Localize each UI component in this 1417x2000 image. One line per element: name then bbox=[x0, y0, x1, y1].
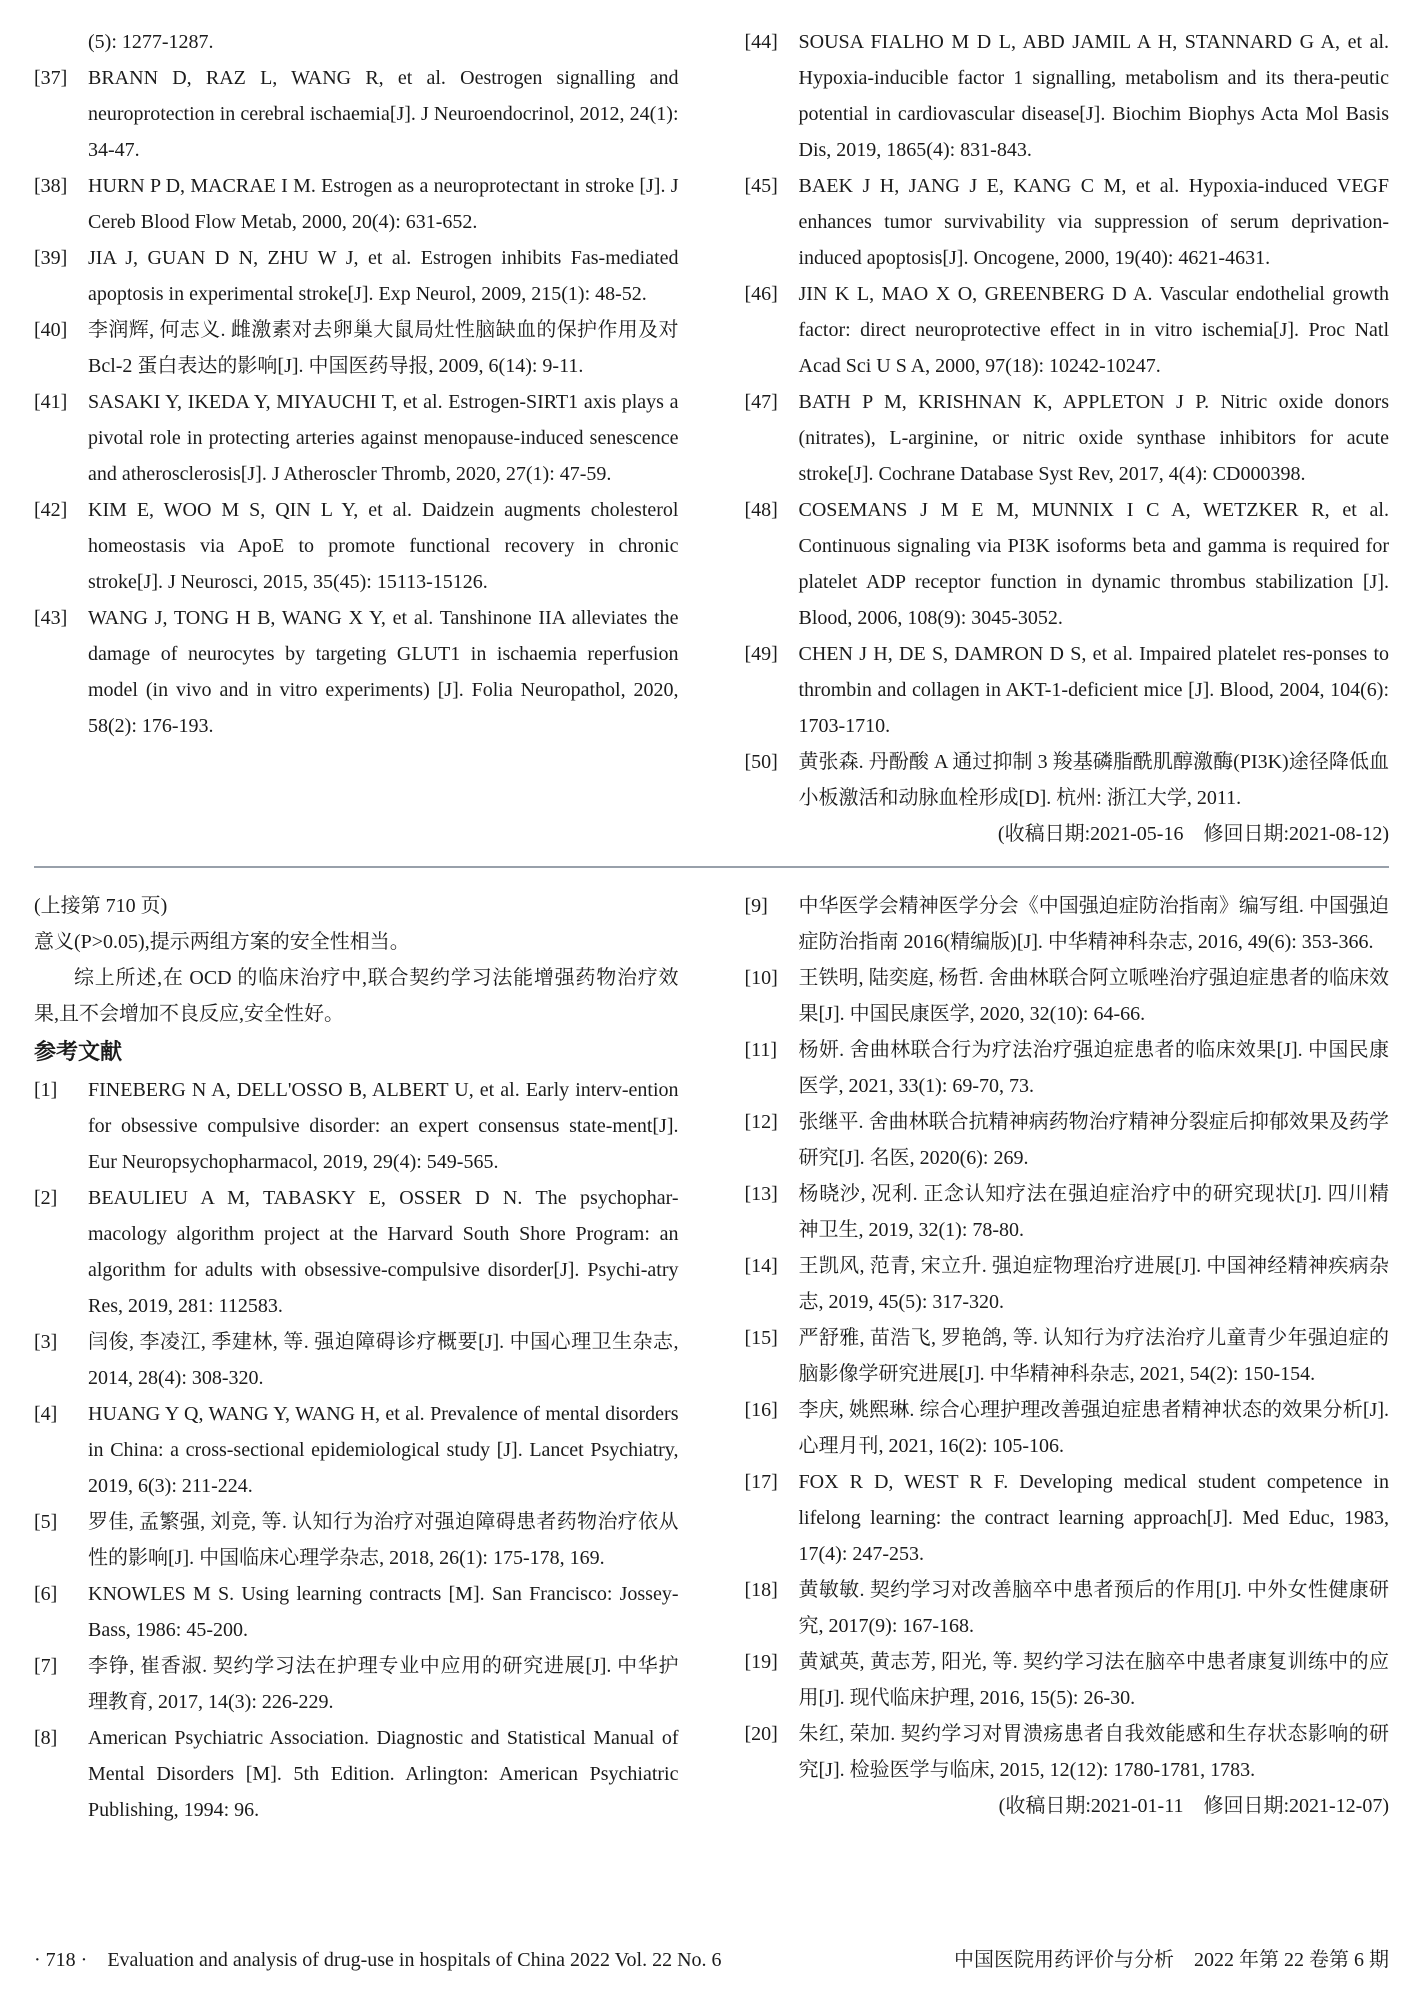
reference-text: COSEMANS J M E M, MUNNIX I C A, WETZKER … bbox=[799, 492, 1390, 636]
reference-item: [41] SASAKI Y, IKEDA Y, MIYAUCHI T, et a… bbox=[34, 384, 679, 492]
reference-text: 李庆, 姚熙琳. 综合心理护理改善强迫症患者精神状态的效果分析[J]. 心理月刊… bbox=[799, 1392, 1390, 1464]
reference-number: [19] bbox=[745, 1644, 799, 1716]
reference-text: WANG J, TONG H B, WANG X Y, et al. Tansh… bbox=[88, 600, 679, 744]
reference-text: BATH P M, KRISHNAN K, APPLETON J P. Nitr… bbox=[799, 384, 1390, 492]
reference-item: [44] SOUSA FIALHO M D L, ABD JAMIL A H, … bbox=[745, 24, 1390, 168]
reference-item: [9] 中华医学会精神医学分会《中国强迫症防治指南》编写组. 中国强迫症防治指南… bbox=[745, 888, 1390, 960]
reference-text: SOUSA FIALHO M D L, ABD JAMIL A H, STANN… bbox=[799, 24, 1390, 168]
top-left-column: (5): 1277-1287. [37] BRANN D, RAZ L, WAN… bbox=[34, 24, 679, 852]
conclusion-paragraph-2: 综上所述,在 OCD 的临床治疗中,联合契约学习法能增强药物治疗效果,且不会增加… bbox=[34, 960, 679, 1032]
reference-text: HURN P D, MACRAE I M. Estrogen as a neur… bbox=[88, 168, 679, 240]
footer-page-number-journal-en: · 718 · Evaluation and analysis of drug-… bbox=[34, 1942, 722, 1978]
reference-item: [6] KNOWLES M S. Using learning contract… bbox=[34, 1576, 679, 1648]
reference-item: [13] 杨晓沙, 况利. 正念认知疗法在强迫症治疗中的研究现状[J]. 四川精… bbox=[745, 1176, 1390, 1248]
reference-text: CHEN J H, DE S, DAMRON D S, et al. Impai… bbox=[799, 636, 1390, 744]
reference-item: [10] 王铁明, 陆奕庭, 杨哲. 舍曲林联合阿立哌唑治疗强迫症患者的临床效果… bbox=[745, 960, 1390, 1032]
reference-text: 张继平. 舍曲林联合抗精神病药物治疗精神分裂症后抑郁效果及药学研究[J]. 名医… bbox=[799, 1104, 1390, 1176]
reference-number: [9] bbox=[745, 888, 799, 960]
reference-item: [11] 杨妍. 舍曲林联合行为疗法治疗强迫症患者的临床效果[J]. 中国民康医… bbox=[745, 1032, 1390, 1104]
page-footer: · 718 · Evaluation and analysis of drug-… bbox=[34, 1942, 1389, 1978]
reference-item: [17] FOX R D, WEST R F. Developing medic… bbox=[745, 1464, 1390, 1572]
received-revised-date-note: (收稿日期:2021-05-16 修回日期:2021-08-12) bbox=[745, 816, 1390, 852]
top-right-reference-list: [44] SOUSA FIALHO M D L, ABD JAMIL A H, … bbox=[745, 24, 1390, 816]
reference-text: 罗佳, 孟繁强, 刘竞, 等. 认知行为治疗对强迫障碍患者药物治疗依从性的影响[… bbox=[88, 1504, 679, 1576]
section-divider bbox=[34, 866, 1389, 868]
reference-item: [19] 黄斌英, 黄志芳, 阳光, 等. 契约学习法在脑卒中患者康复训练中的应… bbox=[745, 1644, 1390, 1716]
reference-text: 王凯风, 范青, 宋立升. 强迫症物理治疗进展[J]. 中国神经精神疾病杂志, … bbox=[799, 1248, 1390, 1320]
reference-number: [43] bbox=[34, 600, 88, 744]
reference-item: [42] KIM E, WOO M S, QIN L Y, et al. Dai… bbox=[34, 492, 679, 600]
reference-text: BAEK J H, JANG J E, KANG C M, et al. Hyp… bbox=[799, 168, 1390, 276]
reference-number: [12] bbox=[745, 1104, 799, 1176]
reference-number: [44] bbox=[745, 24, 799, 168]
reference-text: SASAKI Y, IKEDA Y, MIYAUCHI T, et al. Es… bbox=[88, 384, 679, 492]
reference-text: American Psychiatric Association. Diagno… bbox=[88, 1720, 679, 1828]
received-revised-date-note: (收稿日期:2021-01-11 修回日期:2021-12-07) bbox=[745, 1788, 1390, 1824]
top-references-section: (5): 1277-1287. [37] BRANN D, RAZ L, WAN… bbox=[34, 24, 1389, 852]
reference-item: [7] 李铮, 崔香淑. 契约学习法在护理专业中应用的研究进展[J]. 中华护理… bbox=[34, 1648, 679, 1720]
reference-text: 严舒雅, 苗浩飞, 罗艳鸽, 等. 认知行为疗法治疗儿童青少年强迫症的脑影像学研… bbox=[799, 1320, 1390, 1392]
reference-number: [7] bbox=[34, 1648, 88, 1720]
reference-text: JIA J, GUAN D N, ZHU W J, et al. Estroge… bbox=[88, 240, 679, 312]
reference-number: [50] bbox=[745, 744, 799, 816]
reference-text: FINEBERG N A, DELL'OSSO B, ALBERT U, et … bbox=[88, 1072, 679, 1180]
reference-number: [20] bbox=[745, 1716, 799, 1788]
reference-item: [49] CHEN J H, DE S, DAMRON D S, et al. … bbox=[745, 636, 1390, 744]
reference-item: [48] COSEMANS J M E M, MUNNIX I C A, WET… bbox=[745, 492, 1390, 636]
reference-item: [1] FINEBERG N A, DELL'OSSO B, ALBERT U,… bbox=[34, 1072, 679, 1180]
reference-item: [50] 黄张森. 丹酚酸 A 通过抑制 3 羧基磷脂酰肌醇激酶(PI3K)途径… bbox=[745, 744, 1390, 816]
reference-item: (5): 1277-1287. bbox=[34, 24, 679, 60]
reference-number: [3] bbox=[34, 1324, 88, 1396]
reference-number: [16] bbox=[745, 1392, 799, 1464]
bottom-right-reference-list: [9] 中华医学会精神医学分会《中国强迫症防治指南》编写组. 中国强迫症防治指南… bbox=[745, 888, 1390, 1788]
reference-number: [8] bbox=[34, 1720, 88, 1828]
reference-number: [2] bbox=[34, 1180, 88, 1324]
reference-number: [39] bbox=[34, 240, 88, 312]
reference-text: (5): 1277-1287. bbox=[88, 24, 679, 60]
reference-number: [4] bbox=[34, 1396, 88, 1504]
reference-text: 李铮, 崔香淑. 契约学习法在护理专业中应用的研究进展[J]. 中华护理教育, … bbox=[88, 1648, 679, 1720]
bottom-left-column: (上接第 710 页) 意义(P>0.05),提示两组方案的安全性相当。 综上所… bbox=[34, 888, 679, 1828]
reference-number: [6] bbox=[34, 1576, 88, 1648]
reference-text: 李润辉, 何志义. 雌激素对去卵巢大鼠局灶性脑缺血的保护作用及对 Bcl-2 蛋… bbox=[88, 312, 679, 384]
reference-number: [5] bbox=[34, 1504, 88, 1576]
reference-text: BRANN D, RAZ L, WANG R, et al. Oestrogen… bbox=[88, 60, 679, 168]
continued-from-page-note: (上接第 710 页) bbox=[34, 888, 679, 924]
reference-item: [4] HUANG Y Q, WANG Y, WANG H, et al. Pr… bbox=[34, 1396, 679, 1504]
reference-number: [47] bbox=[745, 384, 799, 492]
reference-item: [2] BEAULIEU A M, TABASKY E, OSSER D N. … bbox=[34, 1180, 679, 1324]
reference-number bbox=[34, 24, 88, 60]
reference-item: [3] 闫俊, 李凌江, 季建林, 等. 强迫障碍诊疗概要[J]. 中国心理卫生… bbox=[34, 1324, 679, 1396]
reference-item: [43] WANG J, TONG H B, WANG X Y, et al. … bbox=[34, 600, 679, 744]
references-heading: 参考文献 bbox=[34, 1032, 679, 1072]
reference-item: [8] American Psychiatric Association. Di… bbox=[34, 1720, 679, 1828]
reference-number: [40] bbox=[34, 312, 88, 384]
reference-item: [45] BAEK J H, JANG J E, KANG C M, et al… bbox=[745, 168, 1390, 276]
reference-number: [18] bbox=[745, 1572, 799, 1644]
reference-number: [14] bbox=[745, 1248, 799, 1320]
reference-number: [15] bbox=[745, 1320, 799, 1392]
reference-text: 杨晓沙, 况利. 正念认知疗法在强迫症治疗中的研究现状[J]. 四川精神卫生, … bbox=[799, 1176, 1390, 1248]
reference-text: 杨妍. 舍曲林联合行为疗法治疗强迫症患者的临床效果[J]. 中国民康医学, 20… bbox=[799, 1032, 1390, 1104]
reference-text: KNOWLES M S. Using learning contracts [M… bbox=[88, 1576, 679, 1648]
reference-number: [41] bbox=[34, 384, 88, 492]
reference-item: [14] 王凯风, 范青, 宋立升. 强迫症物理治疗进展[J]. 中国神经精神疾… bbox=[745, 1248, 1390, 1320]
reference-number: [10] bbox=[745, 960, 799, 1032]
reference-number: [42] bbox=[34, 492, 88, 600]
continued-article-section: (上接第 710 页) 意义(P>0.05),提示两组方案的安全性相当。 综上所… bbox=[34, 888, 1389, 1828]
reference-text: FOX R D, WEST R F. Developing medical st… bbox=[799, 1464, 1390, 1572]
reference-text: KIM E, WOO M S, QIN L Y, et al. Daidzein… bbox=[88, 492, 679, 600]
reference-text: HUANG Y Q, WANG Y, WANG H, et al. Preval… bbox=[88, 1396, 679, 1504]
top-right-column: [44] SOUSA FIALHO M D L, ABD JAMIL A H, … bbox=[745, 24, 1390, 852]
bottom-right-column: [9] 中华医学会精神医学分会《中国强迫症防治指南》编写组. 中国强迫症防治指南… bbox=[745, 888, 1390, 1828]
reference-number: [46] bbox=[745, 276, 799, 384]
reference-number: [17] bbox=[745, 1464, 799, 1572]
conclusion-paragraph-1: 意义(P>0.05),提示两组方案的安全性相当。 bbox=[34, 924, 679, 960]
footer-journal-cn: 中国医院用药评价与分析 2022 年第 22 卷第 6 期 bbox=[954, 1942, 1389, 1978]
reference-text: 朱红, 荣加. 契约学习对胃溃疡患者自我效能感和生存状态影响的研究[J]. 检验… bbox=[799, 1716, 1390, 1788]
reference-text: BEAULIEU A M, TABASKY E, OSSER D N. The … bbox=[88, 1180, 679, 1324]
reference-number: [45] bbox=[745, 168, 799, 276]
reference-text: 黄敏敏. 契约学习对改善脑卒中患者预后的作用[J]. 中外女性健康研究, 201… bbox=[799, 1572, 1390, 1644]
reference-item: [39] JIA J, GUAN D N, ZHU W J, et al. Es… bbox=[34, 240, 679, 312]
reference-number: [1] bbox=[34, 1072, 88, 1180]
reference-number: [37] bbox=[34, 60, 88, 168]
reference-text: 黄斌英, 黄志芳, 阳光, 等. 契约学习法在脑卒中患者康复训练中的应用[J].… bbox=[799, 1644, 1390, 1716]
journal-page: (5): 1277-1287. [37] BRANN D, RAZ L, WAN… bbox=[0, 0, 1417, 2000]
reference-item: [16] 李庆, 姚熙琳. 综合心理护理改善强迫症患者精神状态的效果分析[J].… bbox=[745, 1392, 1390, 1464]
reference-text: 黄张森. 丹酚酸 A 通过抑制 3 羧基磷脂酰肌醇激酶(PI3K)途径降低血小板… bbox=[799, 744, 1390, 816]
reference-item: [15] 严舒雅, 苗浩飞, 罗艳鸽, 等. 认知行为疗法治疗儿童青少年强迫症的… bbox=[745, 1320, 1390, 1392]
reference-item: [40] 李润辉, 何志义. 雌激素对去卵巢大鼠局灶性脑缺血的保护作用及对 Bc… bbox=[34, 312, 679, 384]
reference-item: [20] 朱红, 荣加. 契约学习对胃溃疡患者自我效能感和生存状态影响的研究[J… bbox=[745, 1716, 1390, 1788]
reference-item: [47] BATH P M, KRISHNAN K, APPLETON J P.… bbox=[745, 384, 1390, 492]
reference-text: 王铁明, 陆奕庭, 杨哲. 舍曲林联合阿立哌唑治疗强迫症患者的临床效果[J]. … bbox=[799, 960, 1390, 1032]
reference-text: JIN K L, MAO X O, GREENBERG D A. Vascula… bbox=[799, 276, 1390, 384]
reference-item: [38] HURN P D, MACRAE I M. Estrogen as a… bbox=[34, 168, 679, 240]
reference-item: [12] 张继平. 舍曲林联合抗精神病药物治疗精神分裂症后抑郁效果及药学研究[J… bbox=[745, 1104, 1390, 1176]
reference-number: [38] bbox=[34, 168, 88, 240]
reference-item: [46] JIN K L, MAO X O, GREENBERG D A. Va… bbox=[745, 276, 1390, 384]
reference-text: 中华医学会精神医学分会《中国强迫症防治指南》编写组. 中国强迫症防治指南 201… bbox=[799, 888, 1390, 960]
reference-item: [5] 罗佳, 孟繁强, 刘竞, 等. 认知行为治疗对强迫障碍患者药物治疗依从性… bbox=[34, 1504, 679, 1576]
reference-item: [37] BRANN D, RAZ L, WANG R, et al. Oest… bbox=[34, 60, 679, 168]
reference-text: 闫俊, 李凌江, 季建林, 等. 强迫障碍诊疗概要[J]. 中国心理卫生杂志, … bbox=[88, 1324, 679, 1396]
reference-number: [13] bbox=[745, 1176, 799, 1248]
reference-number: [11] bbox=[745, 1032, 799, 1104]
reference-item: [18] 黄敏敏. 契约学习对改善脑卒中患者预后的作用[J]. 中外女性健康研究… bbox=[745, 1572, 1390, 1644]
reference-number: [48] bbox=[745, 492, 799, 636]
bottom-left-reference-list: [1] FINEBERG N A, DELL'OSSO B, ALBERT U,… bbox=[34, 1072, 679, 1828]
reference-number: [49] bbox=[745, 636, 799, 744]
